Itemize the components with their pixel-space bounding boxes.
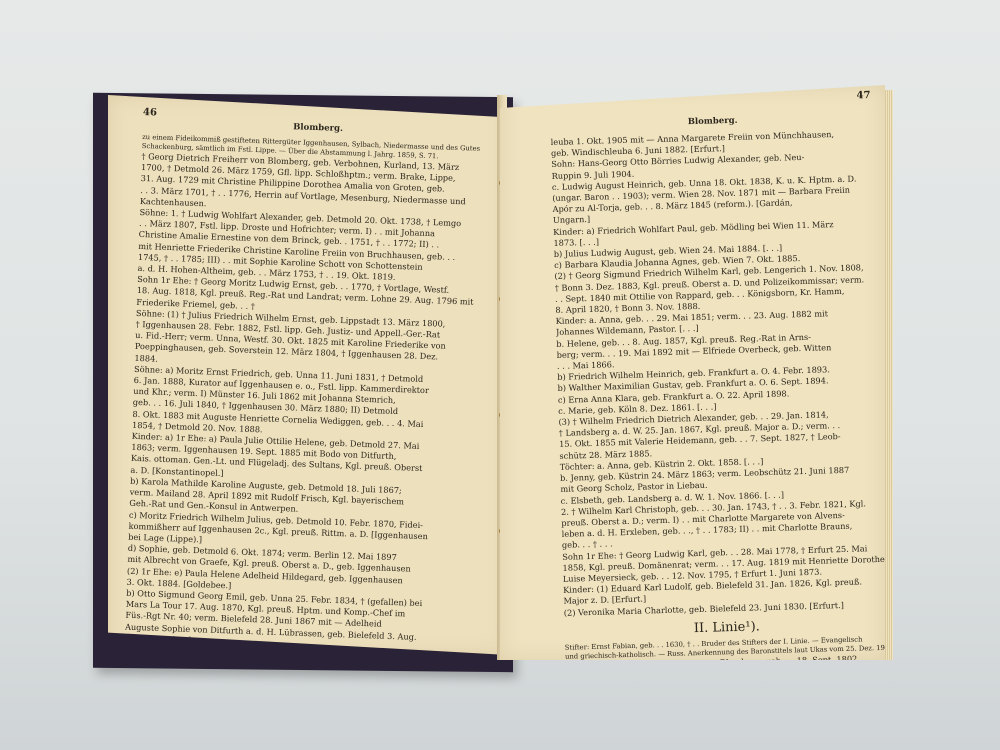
page-text: zu einem Fideikommiß gestifteten Ritterg… xyxy=(121,133,493,655)
page-number: 46 xyxy=(143,107,157,118)
page-text: Stifter: Ernst Fabian, geb. . . 1630, † … xyxy=(565,634,885,660)
running-head: Blomberg. xyxy=(550,112,875,131)
left-page: 46 Blomberg. zu einem Fideikommiß gestif… xyxy=(108,95,508,655)
page-number: 47 xyxy=(856,90,870,101)
page-edges xyxy=(885,90,893,660)
right-page: 47 Blomberg. leuba 1. Okt. 1905 mit — An… xyxy=(500,85,885,660)
page-text: leuba 1. Okt. 1905 mit — Anna Margarete … xyxy=(551,128,885,619)
